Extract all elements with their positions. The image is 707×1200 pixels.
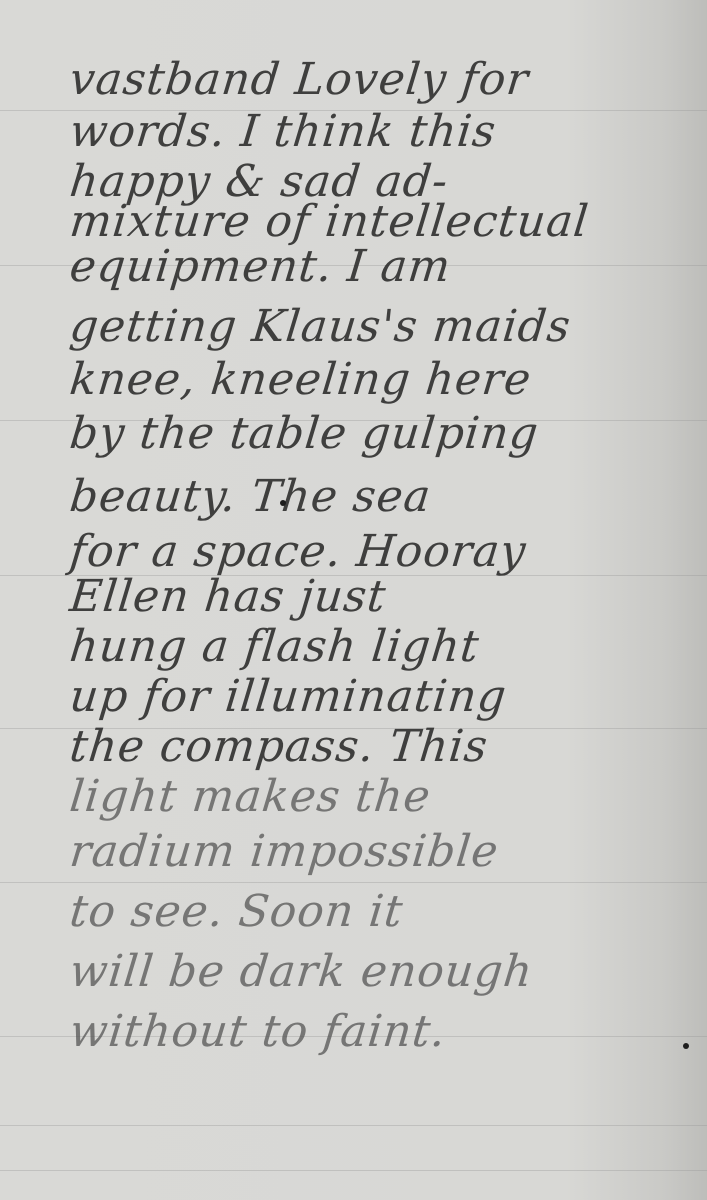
ink-period xyxy=(280,500,286,506)
handwritten-line-12: hung a flash light xyxy=(68,625,482,669)
handwritten-line-11: Ellen has just xyxy=(68,575,389,619)
handwritten-line-19: without to faint. xyxy=(68,1010,449,1054)
handwritten-line-13: up for illuminating xyxy=(68,675,509,719)
handwritten-line-17: to see. Soon it xyxy=(68,890,406,934)
handwritten-line-9: beauty. The sea xyxy=(68,475,434,519)
manuscript-page: vastband Lovely for words. I think this … xyxy=(0,0,707,1200)
handwritten-line-14: the compass. This xyxy=(68,725,490,769)
handwritten-line-8: by the table gulping xyxy=(68,412,541,456)
handwritten-line-16: radium impossible xyxy=(68,830,501,874)
handwritten-line-2: words. I think this xyxy=(68,110,499,154)
handwritten-line-18: will be dark enough xyxy=(68,950,535,994)
handwritten-line-5: equipment. I am xyxy=(68,245,453,289)
handwritten-line-1: vastband Lovely for xyxy=(68,58,531,102)
handwritten-line-15: light makes the xyxy=(68,775,433,819)
handwritten-line-7: knee, kneeling here xyxy=(68,358,534,402)
ink-period xyxy=(683,1043,689,1049)
handwritten-line-10: for a space. Hooray xyxy=(68,530,529,574)
handwritten-line-6: getting Klaus's maids xyxy=(68,305,573,349)
handwritten-line-4: mixture of intellectual xyxy=(68,200,591,244)
